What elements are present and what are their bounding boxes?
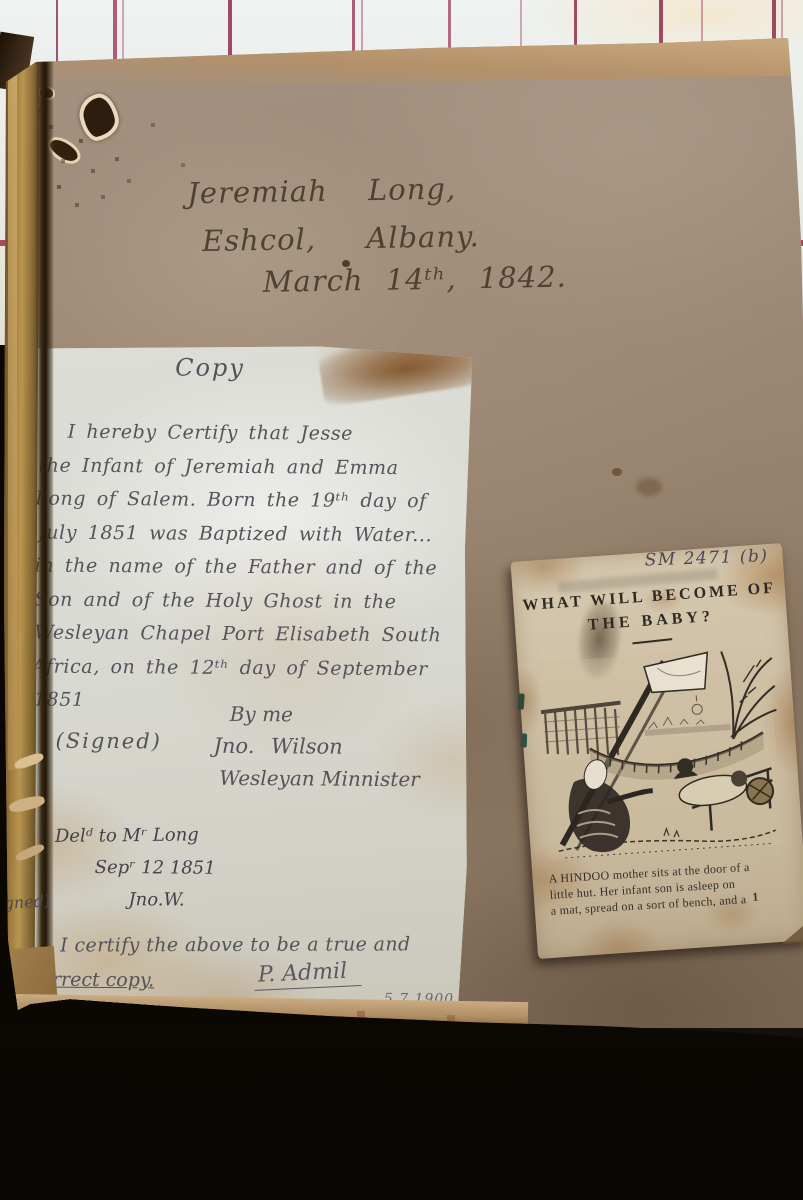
certificate-line: Son and of the Holy Ghost in the — [34, 588, 464, 625]
page-stain-spot — [636, 478, 662, 496]
delivery-note-line-3: Jno.W. — [128, 889, 184, 910]
delivery-note-line-2: Sepʳ 12 1851 — [95, 857, 216, 879]
closing-line-1: I certify the above to be a true and — [60, 933, 411, 956]
certificate-line: the Infant of Jeremiah and Emma — [38, 454, 465, 490]
certificate-line: Wesleyan Chapel Port Elisabeth South — [34, 622, 464, 659]
pamphlet-caption: A HINDOO mother sits at the door of a li… — [548, 856, 794, 918]
delivery-note-line-1: Delᵈ to Mʳ Long — [55, 824, 199, 847]
closing-signature: P. Admil — [253, 958, 361, 991]
owner-inscription: Jeremiah Long, Eshcol, Albany. March 14ᵗ… — [149, 167, 711, 301]
pamphlet-fold-corner — [780, 920, 803, 944]
inscription-line-2: Eshcol, Albany. — [202, 215, 711, 258]
attestation-signed-label: (Signed) — [55, 729, 161, 754]
certificate-line: Africa, on the 12ᵗʰ day of September — [32, 655, 464, 692]
pamphlet-stitching — [518, 693, 525, 709]
pamphlet-engraving — [531, 640, 787, 866]
certificate-line: in the name of the Father and of the — [35, 555, 465, 592]
tract-pamphlet: SM 2471 (b) WHAT WILL BECOME OF THE BABY… — [510, 543, 803, 959]
spine — [0, 58, 39, 1010]
certificate-heading: Copy — [175, 354, 245, 382]
attestation-signer-title: Wesleyan Minnister — [219, 766, 420, 791]
page-bottom-edge-mottling — [30, 1002, 32, 1004]
margin-signed-note: (signed) — [0, 891, 51, 913]
inscription-line-3: March 14ᵗʰ, 1842. — [263, 257, 712, 299]
certificate-line: July 1851 was Baptized with Water... — [38, 521, 465, 557]
catalog-number: SM 2471 (b) — [645, 546, 769, 570]
table-shadow — [0, 1028, 803, 1200]
page-stain-spot — [612, 468, 622, 476]
pamphlet-stitching — [521, 733, 527, 747]
worm-hole — [76, 91, 123, 144]
baptism-certificate-paper: Copy I hereby Certify that Jesse the Inf… — [16, 344, 476, 1015]
photo-of-book-flyleaf: Jeremiah Long, Eshcol, Albany. March 14ᵗ… — [0, 0, 803, 1200]
title-rule — [632, 638, 672, 644]
certificate-smear-stain — [317, 325, 494, 408]
certificate-body: I hereby Certify that Jesse the Infant o… — [34, 421, 466, 725]
certificate-line: I hereby Certify that Jesse — [68, 421, 466, 457]
pamphlet-page-number: 1 — [752, 890, 759, 905]
spine-highlight — [8, 70, 17, 770]
attestation-signer-name: Jno. Wilson — [213, 734, 342, 759]
certificate-line: Long of Salem. Born the 19ᵗʰ day of — [35, 488, 465, 525]
attestation-by-me: By me — [230, 702, 293, 726]
inscription-line-1: Jeremiah Long, — [187, 167, 710, 210]
book-page: Jeremiah Long, Eshcol, Albany. March 14ᵗ… — [0, 0, 803, 1200]
spine-crease — [35, 60, 53, 1010]
